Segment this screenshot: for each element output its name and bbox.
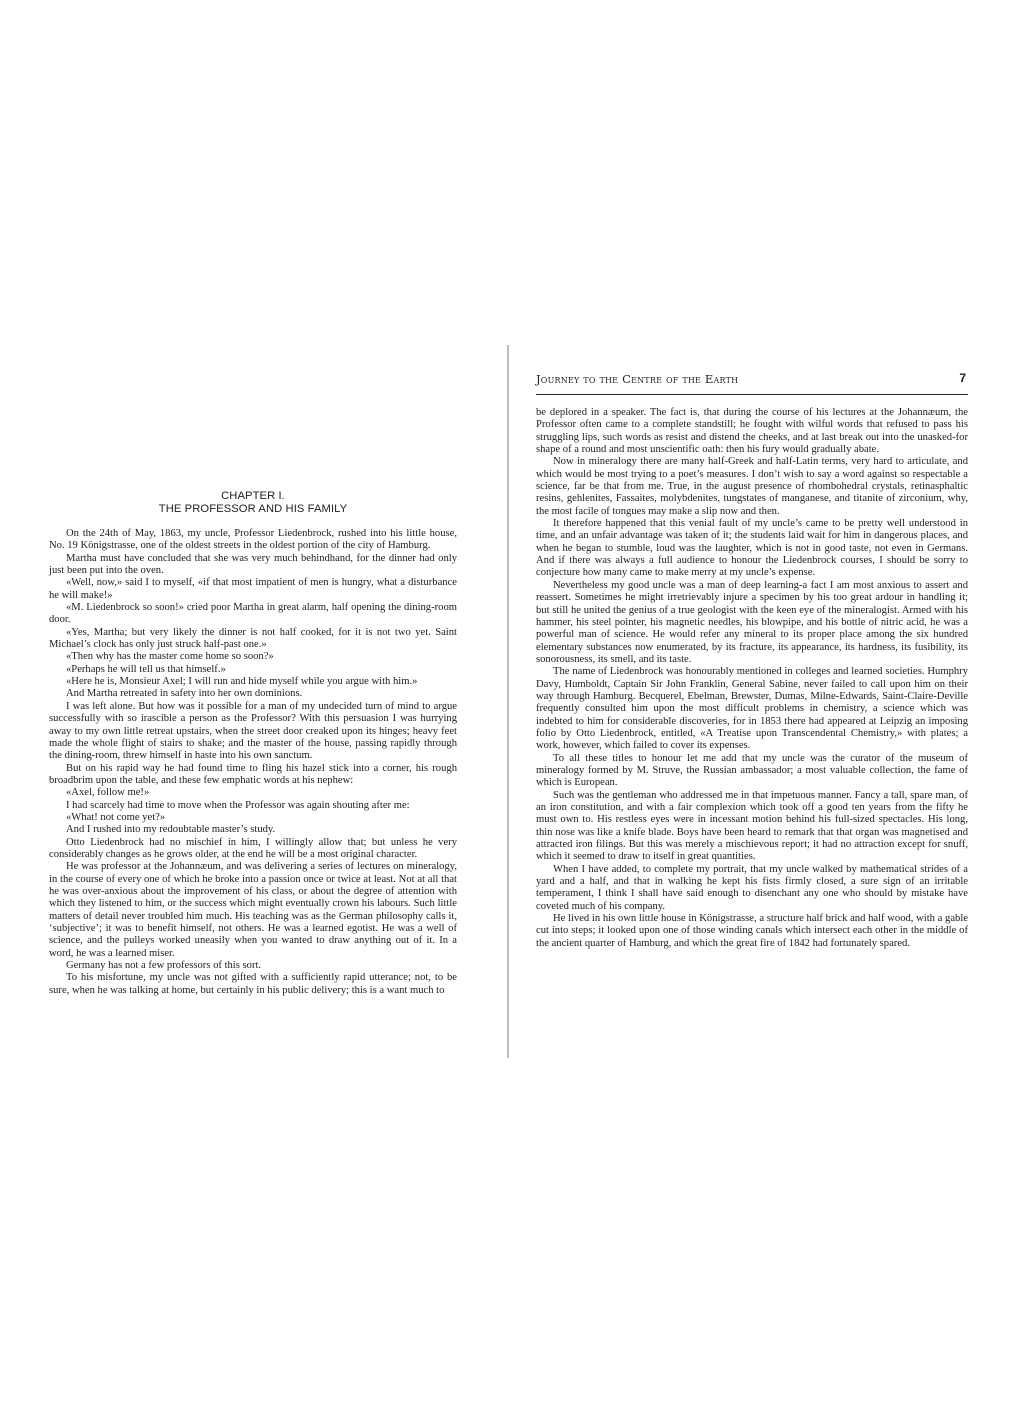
paragraph: «Here he is, Monsieur Axel; I will run a…	[49, 676, 457, 688]
paragraph: «Yes, Martha; but very likely the dinner…	[49, 627, 457, 652]
paragraph: Germany has not a few professors of this…	[49, 960, 457, 972]
paragraph: Otto Liedenbrock had no mischief in him,…	[49, 837, 457, 862]
paragraph: Nevertheless my good uncle was a man of …	[536, 580, 968, 666]
paragraph: Such was the gentleman who addressed me …	[536, 790, 968, 864]
paragraph: He was professor at the Johannæum, and w…	[49, 861, 457, 960]
chapter-number: CHAPTER I.	[49, 490, 457, 503]
paragraph: And I rushed into my redoubtable master’…	[49, 824, 457, 836]
paragraph: I had scarcely had time to move when the…	[49, 800, 457, 812]
page-gutter-divider	[507, 345, 509, 1058]
paragraph: The name of Liedenbrock was honourably m…	[536, 666, 968, 752]
left-page: CHAPTER I. THE PROFESSOR AND HIS FAMILY …	[49, 490, 457, 997]
paragraph: «What! not come yet?»	[49, 812, 457, 824]
page-number: 7	[959, 372, 966, 384]
book-spread: CHAPTER I. THE PROFESSOR AND HIS FAMILY …	[0, 0, 1012, 1408]
chapter-title: THE PROFESSOR AND HIS FAMILY	[49, 503, 457, 516]
paragraph: Now in mineralogy there are many half-Gr…	[536, 456, 968, 518]
paragraph-continuation: be deplored in a speaker. The fact is, t…	[536, 407, 968, 456]
chapter-heading: CHAPTER I. THE PROFESSOR AND HIS FAMILY	[49, 490, 457, 515]
paragraph: «M. Liedenbrock so soon!» cried poor Mar…	[49, 602, 457, 627]
paragraph: «Axel, follow me!»	[49, 787, 457, 799]
paragraph: To all these titles to honour let me add…	[536, 753, 968, 790]
paragraph: But on his rapid way he had found time t…	[49, 763, 457, 788]
right-page: Journey to the Centre of the Earth 7 be …	[536, 373, 968, 950]
paragraph: «Then why has the master come home so so…	[49, 651, 457, 663]
right-page-body: be deplored in a speaker. The fact is, t…	[536, 407, 968, 950]
paragraph: Martha must have concluded that she was …	[49, 553, 457, 578]
running-header: Journey to the Centre of the Earth 7	[536, 373, 968, 395]
paragraph: It therefore happened that this venial f…	[536, 518, 968, 580]
running-head-title: Journey to the Centre of the Earth	[536, 373, 738, 385]
paragraph: And Martha retreated in safety into her …	[49, 688, 457, 700]
paragraph: On the 24th of May, 1863, my uncle, Prof…	[49, 528, 457, 553]
paragraph: «Well, now,» said I to myself, «if that …	[49, 577, 457, 602]
paragraph: To his misfortune, my uncle was not gift…	[49, 972, 457, 997]
left-page-body: On the 24th of May, 1863, my uncle, Prof…	[49, 528, 457, 997]
paragraph: When I have added, to complete my portra…	[536, 864, 968, 913]
paragraph: He lived in his own little house in Köni…	[536, 913, 968, 950]
paragraph: I was left alone. But how was it possibl…	[49, 701, 457, 763]
paragraph: «Perhaps he will tell us that himself.»	[49, 664, 457, 676]
